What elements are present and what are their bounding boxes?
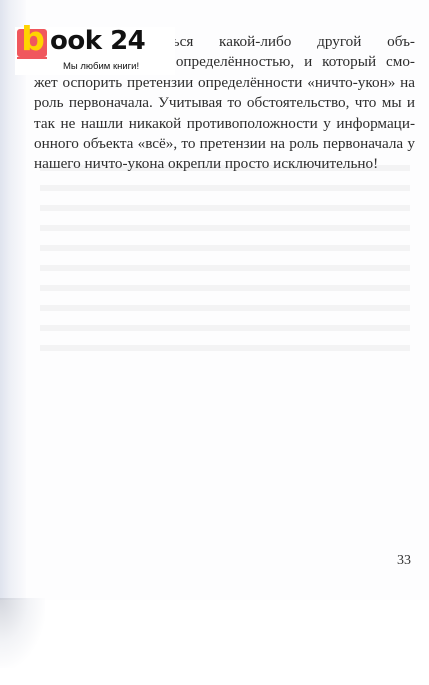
page-number: 33 <box>397 553 411 569</box>
text-line: онного объекта «всё», то претензии на ро… <box>34 134 415 154</box>
bleed-through-text <box>40 165 410 355</box>
book-icon: b <box>17 29 47 57</box>
page-binding-edge <box>0 0 26 600</box>
book-page: Пусть, обнаружиться какой-либо другой об… <box>0 0 429 685</box>
book24-logo: b ook 24 Мы любим книги! <box>15 27 175 75</box>
logo-tagline: Мы любим книги! <box>63 61 139 73</box>
scan-margin <box>0 600 429 685</box>
logo-letter: b <box>18 21 48 57</box>
text-line: роль первоначала. Учитывая то обстоятель… <box>34 93 415 113</box>
text-line: жет оспорить претензии определённости «н… <box>34 73 415 93</box>
logo-wordmark: ook 24 <box>50 25 145 57</box>
text-line: так не нашли никакой противоположности у… <box>34 114 415 134</box>
book-pages-icon <box>17 57 47 62</box>
page-corner-shadow <box>0 598 45 668</box>
